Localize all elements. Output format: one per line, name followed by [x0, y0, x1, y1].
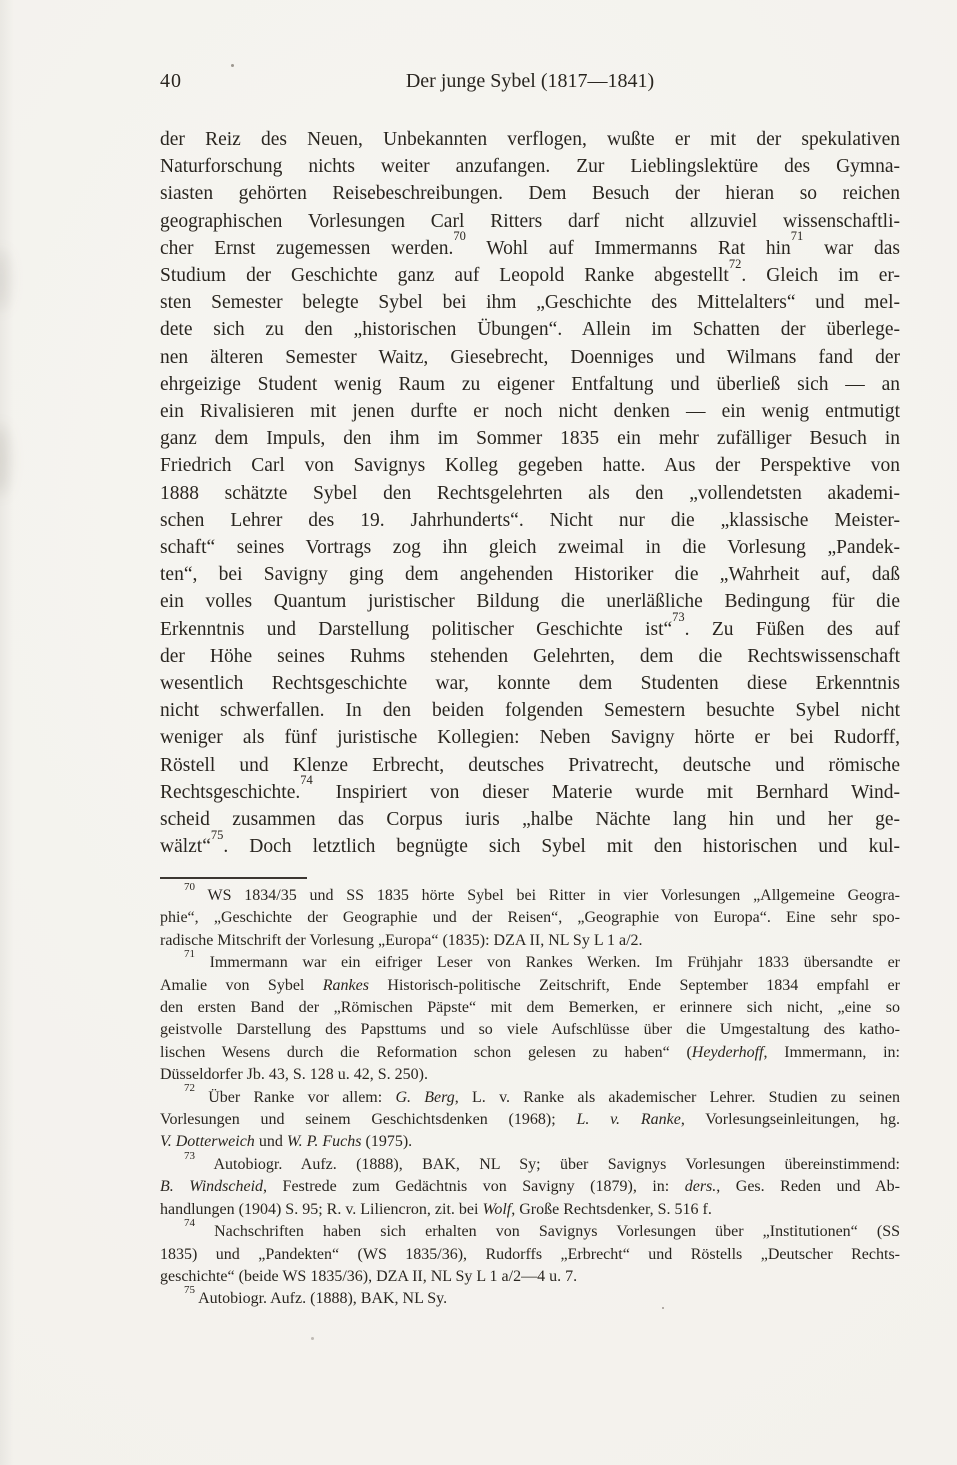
footnote-line: Amalie von Sybel Rankes Historisch-polit… [160, 975, 900, 997]
footnote-line: Vorlesungen und seinem Geschichtsdenken … [160, 1109, 900, 1131]
footnote-marker: 74 [300, 773, 313, 787]
body-line: schaft“ seines Vortrags zog ihn gleich z… [160, 534, 900, 561]
page-header: 40 Der junge Sybel (1817—1841) [160, 69, 900, 93]
footnote-line: geistvolle Darstellung des Papsttums und… [160, 1019, 900, 1041]
footnote-line: 71 Immermann war ein eifriger Leser von … [160, 952, 900, 974]
body-line: der Reiz des Neuen, Unbekannten verfloge… [160, 126, 900, 153]
body-line: siasten gehörten Reisebeschreibungen. De… [160, 180, 900, 207]
scan-edge-shadow [0, 0, 14, 1465]
footnote-marker: 72 [729, 257, 742, 271]
footnote-line: Düsseldorfer Jb. 43, S. 128 u. 42, S. 25… [160, 1064, 900, 1086]
body-line: Friedrich Carl von Savignys Kolleg gegeb… [160, 452, 900, 479]
footnote-line: 73 Autobiogr. Aufz. (1888), BAK, NL Sy; … [160, 1154, 900, 1176]
footnote-line: lischen Wesens durch die Reformation sch… [160, 1042, 900, 1064]
footnote-marker: 74 [184, 1217, 195, 1229]
body-line: wälzt“75. Doch letztlich begnügte sich S… [160, 833, 900, 860]
footnote-line: 74 Nachschriften haben sich erhalten von… [160, 1221, 900, 1243]
book-page: 40 Der junge Sybel (1817—1841) der Reiz … [0, 0, 957, 1465]
footnote-marker: 72 [184, 1082, 195, 1094]
scan-speck [231, 64, 234, 67]
footnote-line: 72 Über Ranke vor allem: G. Berg, L. v. … [160, 1087, 900, 1109]
body-line: geographischen Vorlesungen Carl Ritters … [160, 208, 900, 235]
footnote-line: handlungen (1904) S. 95; R. v. Liliencro… [160, 1199, 900, 1221]
body-line: ein Rivalisieren mit jenen durfte er noc… [160, 398, 900, 425]
body-line: der Höhe seines Ruhms stehenden Gelehrte… [160, 643, 900, 670]
body-line: dete sich zu den „historischen Übungen“.… [160, 316, 900, 343]
footnote-line: 1835) und „Pandekten“ (WS 1835/36), Rudo… [160, 1244, 900, 1266]
body-line: ten“, bei Savigny ging dem angehenden Hi… [160, 561, 900, 588]
body-line: nen älteren Semester Waitz, Giesebrecht,… [160, 344, 900, 371]
footnote-line: B. Windscheid, Festrede zum Gedächtnis v… [160, 1176, 900, 1198]
body-line: schen Lehrer des 19. Jahrhunderts“. Nich… [160, 507, 900, 534]
footnote-marker: 73 [672, 610, 685, 624]
running-title: Der junge Sybel (1817—1841) [160, 69, 900, 93]
footnote-marker: 71 [184, 948, 195, 960]
body-line: Röstell und Klenze Erbrecht, deutsches P… [160, 752, 900, 779]
footnote-line: V. Dotterweich und W. P. Fuchs (1975). [160, 1131, 900, 1153]
footnote-marker: 70 [184, 881, 195, 893]
scan-speck [311, 1337, 314, 1340]
body-line: nicht schwerfallen. In den beiden folgen… [160, 697, 900, 724]
body-line: Naturforschung nichts weiter anzufangen.… [160, 153, 900, 180]
footnote-line: 70 WS 1834/35 und SS 1835 hörte Sybel be… [160, 885, 900, 907]
body-line: wesentlich Rechtsgeschichte war, konnte … [160, 670, 900, 697]
footnote-line: radische Mitschrift der Vorlesung „Europ… [160, 930, 900, 952]
footnotes-section: 70 WS 1834/35 und SS 1835 hörte Sybel be… [160, 885, 900, 1311]
body-paragraph: der Reiz des Neuen, Unbekannten verfloge… [160, 126, 900, 860]
footnote-marker: 73 [184, 1150, 195, 1162]
footnote-marker: 75 [211, 828, 224, 842]
footnote-line: geschichte“ (beide WS 1835/36), DZA II, … [160, 1266, 900, 1288]
footnote-separator [160, 877, 307, 879]
body-line: Rechtsgeschichte.74 Inspiriert von diese… [160, 779, 900, 806]
footnote-marker: 71 [791, 229, 804, 243]
body-line: Studium der Geschichte ganz auf Leopold … [160, 262, 900, 289]
body-line: ehrgeizige Student wenig Raum zu eigener… [160, 371, 900, 398]
footnote-marker: 75 [184, 1284, 195, 1296]
body-line: weniger als fünf juristische Kollegien: … [160, 724, 900, 751]
body-line: Erkenntnis und Darstellung politischer G… [160, 616, 900, 643]
body-line: 1888 schätzte Sybel den Rechtsgelehrten … [160, 480, 900, 507]
body-line: scheid zusammen das Corpus iuris „halbe … [160, 806, 900, 833]
body-line: sten Semester belegte Sybel bei ihm „Ges… [160, 289, 900, 316]
footnote-line: phie“, „Geschichte der Geographie und de… [160, 907, 900, 929]
body-line: ganz dem Impuls, den ihm im Sommer 1835 … [160, 425, 900, 452]
page-number: 40 [160, 69, 182, 93]
footnote-line: 75 Autobiogr. Aufz. (1888), BAK, NL Sy. [160, 1288, 900, 1310]
footnote-marker: 70 [453, 229, 466, 243]
footnote-line: den ersten Band der „Römischen Päpste“ m… [160, 997, 900, 1019]
body-line: cher Ernst zugemessen werden.70 Wohl auf… [160, 235, 900, 262]
body-line: ein volles Quantum juristischer Bildung … [160, 588, 900, 615]
